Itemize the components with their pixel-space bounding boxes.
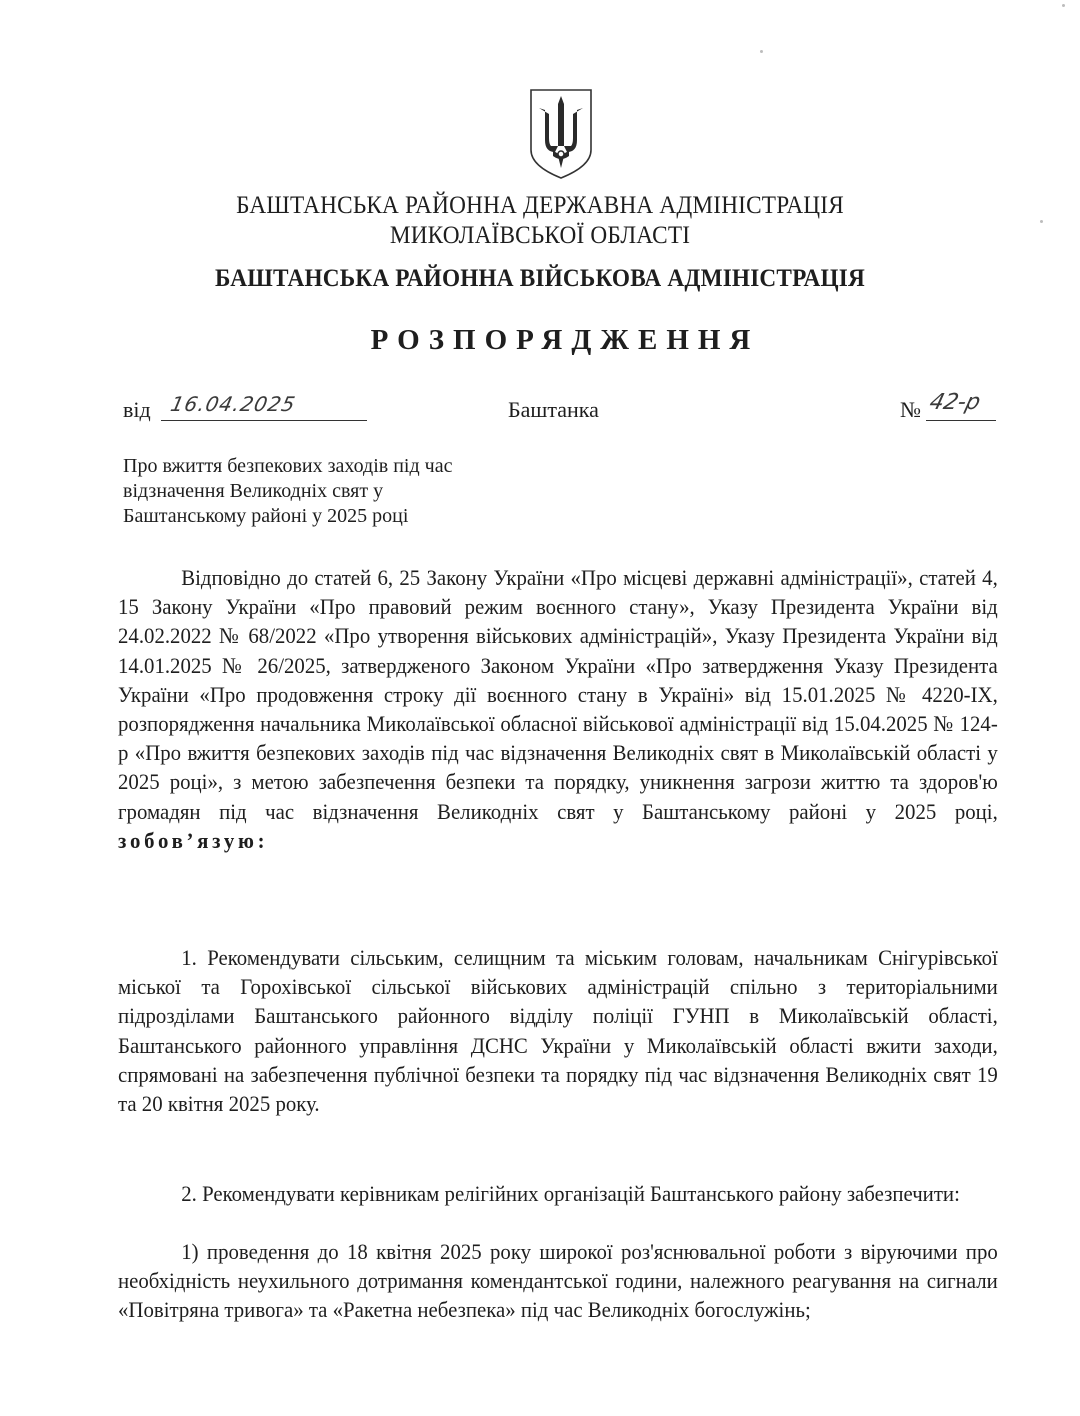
item-2-1-text: 1) проведення до 18 квітня 2025 року шир… bbox=[118, 1237, 998, 1325]
intro-paragraph: Відповідно до статей 6, 25 Закону Україн… bbox=[118, 563, 998, 855]
document-title: РОЗПОРЯДЖЕННЯ bbox=[0, 323, 1080, 357]
handwritten-date: 16.04.2025 bbox=[168, 392, 298, 416]
item-2-text: 2. Рекомендувати керівникам релігійних о… bbox=[118, 1179, 998, 1208]
scan-speck bbox=[760, 50, 763, 53]
scan-speck bbox=[1062, 4, 1065, 7]
item-1-paragraph: 1. Рекомендувати сільським, селищним та … bbox=[118, 943, 998, 1118]
directive-text: зобов’язую: bbox=[118, 828, 268, 853]
scan-speck bbox=[1040, 220, 1043, 223]
date-label: від bbox=[123, 397, 151, 423]
place-name: Баштанка bbox=[508, 397, 599, 423]
number-label: № bbox=[900, 397, 921, 423]
document-meta-row: від 16.04.2025 Баштанка № 42-р bbox=[123, 392, 1013, 432]
number-field: 42-р bbox=[926, 392, 996, 421]
header-line-3: БАШТАНСЬКА РАЙОННА ВІЙСЬКОВА АДМІНІСТРАЦ… bbox=[38, 265, 1042, 293]
document-page: БАШТАНСЬКА РАЙОННА ДЕРЖАВНА АДМІНІСТРАЦІ… bbox=[0, 0, 1080, 1416]
item-1-text: 1. Рекомендувати сільським, селищним та … bbox=[118, 943, 998, 1118]
subject-line-2: відзначення Великодніх свят у bbox=[123, 479, 513, 504]
header-line-1: БАШТАНСЬКА РАЙОННА ДЕРЖАВНА АДМІНІСТРАЦІ… bbox=[38, 192, 1042, 220]
header-line-2: МИКОЛАЇВСЬКОЇ ОБЛАСТІ bbox=[38, 222, 1042, 250]
coat-of-arms-icon bbox=[529, 88, 593, 180]
subject-line-3: Баштанському районі у 2025 році bbox=[123, 504, 513, 529]
handwritten-number: 42-р bbox=[927, 390, 983, 415]
subject-line-1: Про вжиття безпекових заходів під час bbox=[123, 454, 513, 479]
date-field: 16.04.2025 bbox=[161, 392, 367, 421]
intro-text: Відповідно до статей 6, 25 Закону Україн… bbox=[118, 565, 998, 824]
item-2-1-paragraph: 1) проведення до 18 квітня 2025 року шир… bbox=[118, 1237, 998, 1325]
document-subject: Про вжиття безпекових заходів під час ві… bbox=[123, 454, 513, 529]
item-2-paragraph: 2. Рекомендувати керівникам релігійних о… bbox=[118, 1179, 998, 1208]
